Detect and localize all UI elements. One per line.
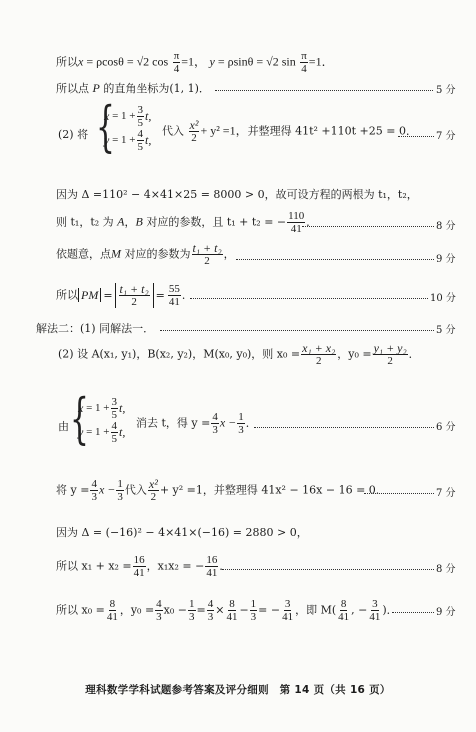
numerator: x²	[189, 119, 200, 132]
fraction-110-41: 11041	[287, 210, 305, 235]
text: x −	[99, 483, 115, 497]
text: =	[103, 289, 112, 302]
numerator: 4	[155, 598, 163, 611]
fraction-x2-2: x²2	[148, 478, 159, 503]
denominator: 2	[386, 355, 394, 367]
system-row-y: y = 1 + 45t,	[78, 420, 125, 444]
fraction-4-3: 43	[90, 478, 98, 503]
numerator: 4	[137, 128, 145, 141]
fraction-t-sum-2: t₁ + t₂2	[192, 242, 223, 267]
score-label: 10 分	[430, 289, 456, 304]
text: , −	[351, 604, 367, 617]
text: = 1 +	[112, 110, 135, 122]
text: 依题意，点	[56, 248, 111, 261]
text: 将 y =	[56, 484, 89, 497]
denominator: 41	[106, 611, 119, 623]
text: 则 t₁，t₂ 为	[56, 216, 114, 229]
denominator: 3	[155, 611, 163, 623]
text: = −	[258, 604, 280, 617]
text: = 1 +	[112, 134, 135, 146]
var-P: P	[93, 81, 100, 95]
text: =	[156, 289, 165, 302]
denominator: 3	[116, 491, 124, 503]
abs-fraction: t₁ + t₂2	[115, 283, 154, 308]
denominator: 41	[225, 611, 238, 623]
fraction-3-41: 341	[281, 598, 294, 623]
fraction: 35	[111, 396, 119, 421]
parametric-system: x = 1 + 35t, y = 1 + 45t,	[78, 396, 125, 444]
text: ，	[224, 248, 235, 261]
numerator: π	[173, 50, 181, 63]
denominator: 2	[190, 132, 198, 144]
text: 所以 x₁ + x₂ =	[56, 560, 132, 573]
text: = 1 +	[86, 426, 109, 438]
text: x₀ −	[164, 604, 187, 617]
denominator: 3	[211, 424, 219, 436]
line-vieta: 所以 x₁ + x₂ =1641，x₁x₂ = −1641．	[56, 554, 230, 579]
leader-dots	[398, 136, 434, 137]
var-x: x	[104, 109, 109, 124]
line-substitute: 代入 x²2+ y² =1，并整理得 41t² +110t +25 = 0．	[162, 119, 417, 144]
leader-dots	[236, 259, 434, 260]
text-you: 由	[58, 418, 69, 434]
score-label: 6 分	[436, 418, 456, 433]
var-y: y	[104, 133, 109, 148]
numerator: t₁ + t₂	[192, 242, 223, 255]
line-midpoint-coords: 所以 x₀ =841，y₀ =43x₀ −13=43×841−13= −341，…	[56, 598, 398, 623]
score-label: 5 分	[436, 321, 456, 336]
text: = ρsinθ = √2 sin	[215, 55, 296, 69]
var-t: t,	[145, 133, 151, 148]
line-define-points: (2) 设 A(x₁, y₁)，B(x₂, y₂)，M(x₀, y₀)，则 x₀…	[58, 342, 420, 367]
score-label: 7 分	[436, 127, 456, 142]
numerator: x₁ + x₂	[301, 342, 336, 355]
var-A: A	[117, 215, 124, 229]
text: (2) 设 A(x₁, y₁)，B(x₂, y₂)，M(x₀, y₀)，则 x₀…	[58, 348, 300, 361]
denominator: 4	[173, 63, 181, 75]
leader-dots	[392, 612, 434, 613]
line-point-p-coordinates: 所以点 P 的直角坐标为(1, 1)．	[56, 80, 210, 96]
numerator: 16	[133, 554, 146, 567]
text: ．	[409, 348, 420, 361]
numerator: 4	[207, 598, 215, 611]
fraction-t-sum-2: t₁ + t₂2	[119, 283, 150, 308]
text: 的直角坐标为(1, 1)．	[103, 82, 210, 95]
leader-dots	[160, 330, 434, 331]
text: ，即 M(	[295, 604, 336, 617]
fraction-4-3: 43	[211, 411, 219, 436]
leader-dots	[254, 427, 434, 428]
text: x −	[220, 416, 236, 430]
line-sum-of-roots: 则 t₁，t₂ 为 A，B 对应的参数，且 t₁ + t₂ = −11041．	[56, 210, 317, 235]
numerator: 8	[340, 598, 348, 611]
fraction-8-41: 841	[337, 598, 350, 623]
numerator: 1	[250, 598, 258, 611]
denominator: 3	[207, 611, 215, 623]
abs-PM: PM	[78, 288, 101, 302]
numerator: 3	[371, 598, 379, 611]
text: 所以点	[56, 82, 89, 95]
fraction-1-3: 13	[237, 411, 245, 436]
text: )．	[382, 604, 397, 617]
score-label: 9 分	[436, 603, 456, 618]
leader-dots	[190, 298, 428, 299]
text: 对应的参数为	[125, 248, 191, 261]
system-row-y: y = 1 + 45t,	[104, 128, 151, 152]
line-pm-length: 所以PM=t₁ + t₂2=5541．	[56, 283, 193, 308]
text: 消去 t，得 y =	[136, 417, 210, 430]
text: =1．	[309, 55, 334, 69]
text: 代入	[162, 125, 184, 138]
text: ．	[182, 289, 193, 302]
fraction-pi-4: π4	[300, 50, 308, 75]
text: −	[239, 604, 248, 617]
fraction: 35	[137, 104, 145, 129]
denominator: 2	[315, 355, 323, 367]
numerator: 4	[211, 411, 219, 424]
page-footer: 理科数学学科试题参考答案及评分细则 第 14 页（共 16 页）	[0, 682, 476, 697]
var-y: y	[78, 425, 83, 440]
numerator: 3	[137, 104, 145, 117]
fraction-x-mid: x₁ + x₂2	[301, 342, 336, 367]
fraction-x2-2: x²2	[189, 119, 200, 144]
text: = 1 +	[86, 402, 109, 414]
fraction-1-3: 13	[116, 478, 124, 503]
score-label: 5 分	[436, 81, 456, 96]
denominator: 5	[111, 433, 119, 445]
text: ，y₀ =	[120, 604, 154, 617]
denominator: 41	[133, 567, 146, 579]
fraction-3-41: 341	[368, 598, 381, 623]
system-row-x: x = 1 + 35t,	[78, 396, 125, 420]
text: ．	[219, 560, 230, 573]
var-B: B	[136, 215, 143, 229]
score-label: 7 分	[436, 484, 456, 499]
parametric-system: x = 1 + 35t, y = 1 + 45t,	[104, 104, 151, 152]
denominator: 41	[337, 611, 350, 623]
line-discriminant-1: 因为 Δ =110² − 4×41×25 = 8000 > 0，故可设方程的两根…	[56, 186, 418, 202]
numerator: 16	[205, 554, 218, 567]
fraction: 45	[111, 420, 119, 445]
var-t: t,	[119, 425, 125, 440]
fraction-y-mid: y₁ + y₂2	[373, 342, 408, 367]
numerator: x²	[148, 478, 159, 491]
denominator: 3	[237, 424, 245, 436]
fraction-16-41: 1641	[205, 554, 218, 579]
text: + y² =1，	[200, 124, 247, 138]
denominator: 3	[250, 611, 258, 623]
fraction-8-41: 841	[106, 598, 119, 623]
text: = ρcosθ = √2 cos	[83, 55, 168, 69]
denominator: 2	[150, 491, 158, 503]
text: =	[197, 604, 206, 617]
text: + y² =1，并整理得 41x² − 16x − 16 = 0．	[160, 484, 387, 497]
text: 所以	[56, 56, 78, 69]
text: ，	[125, 216, 136, 229]
fraction-16-41: 1641	[133, 554, 146, 579]
numerator: 4	[111, 420, 119, 433]
fraction-4-3: 43	[207, 598, 215, 623]
numerator: 3	[111, 396, 119, 409]
numerator: 1	[116, 478, 124, 491]
leader-dots	[215, 90, 433, 91]
text: ，y₀ =	[337, 348, 371, 361]
numerator: 3	[284, 598, 292, 611]
leader-dots	[302, 226, 434, 227]
fraction-pi-4: π4	[173, 50, 181, 75]
line-method-two: 解法二：(1) 同解法一．	[36, 320, 154, 336]
numerator: 110	[287, 210, 305, 223]
denominator: 2	[130, 296, 138, 308]
numerator: y₁ + y₂	[373, 342, 408, 355]
denominator: 3	[90, 491, 98, 503]
numerator: π	[300, 50, 308, 63]
leader-dots	[364, 493, 434, 494]
denominator: 41	[168, 296, 181, 308]
numerator: 1	[188, 598, 196, 611]
text-part2-label: (2) 将	[58, 126, 88, 142]
line-discriminant-2: 因为 Δ = (−16)² − 4×41×(−16) = 2880 > 0，	[56, 524, 308, 540]
text: =1，	[181, 55, 206, 69]
denominator: 3	[188, 611, 196, 623]
denominator: 41	[205, 567, 218, 579]
fraction: 45	[137, 128, 145, 153]
score-label: 8 分	[436, 560, 456, 575]
var-x: x	[78, 401, 83, 416]
line-polar-to-cartesian: 所以x = ρcosθ = √2 cos π4=1， y = ρsinθ = √…	[56, 50, 334, 75]
line-substitute-line: 将 y =43x −13代入x²2+ y² =1，并整理得 41x² − 16x…	[56, 478, 387, 503]
numerator: 8	[228, 598, 236, 611]
denominator: 2	[203, 255, 211, 267]
numerator: 8	[109, 598, 117, 611]
fraction-8-41: 841	[225, 598, 238, 623]
text: ，x₁x₂ = −	[147, 560, 205, 573]
text: 所以	[56, 289, 78, 302]
system-row-x: x = 1 + 35t,	[104, 104, 151, 128]
denominator: 5	[137, 141, 145, 153]
var-t: t,	[119, 401, 125, 416]
numerator: 55	[168, 283, 181, 296]
var-t: t,	[145, 109, 151, 124]
text: 所以 x₀ =	[56, 604, 105, 617]
denominator: 41	[368, 611, 381, 623]
text: ×	[215, 604, 224, 617]
numerator: t₁ + t₂	[119, 283, 150, 296]
text: 并整理得 41t² +110t +25 = 0．	[248, 125, 417, 138]
text: 代入	[125, 484, 147, 497]
denominator: 41	[281, 611, 294, 623]
denominator: 4	[300, 63, 308, 75]
score-label: 8 分	[436, 217, 456, 232]
text: 对应的参数，且 t₁ + t₂ = −	[146, 216, 286, 229]
score-label: 9 分	[436, 250, 456, 265]
fraction-55-41: 5541	[168, 283, 181, 308]
numerator: 4	[90, 478, 98, 491]
fraction-1-3: 13	[250, 598, 258, 623]
line-midpoint-param: 依题意，点M 对应的参数为t₁ + t₂2，	[56, 242, 235, 267]
numerator: 1	[237, 411, 245, 424]
fraction-1-3: 13	[188, 598, 196, 623]
var-M: M	[111, 247, 121, 261]
fraction-4-3: 43	[155, 598, 163, 623]
leader-dots	[222, 569, 434, 570]
line-eliminate-t: 消去 t，得 y =43x −13．	[136, 411, 257, 436]
denominator: 41	[290, 223, 303, 235]
